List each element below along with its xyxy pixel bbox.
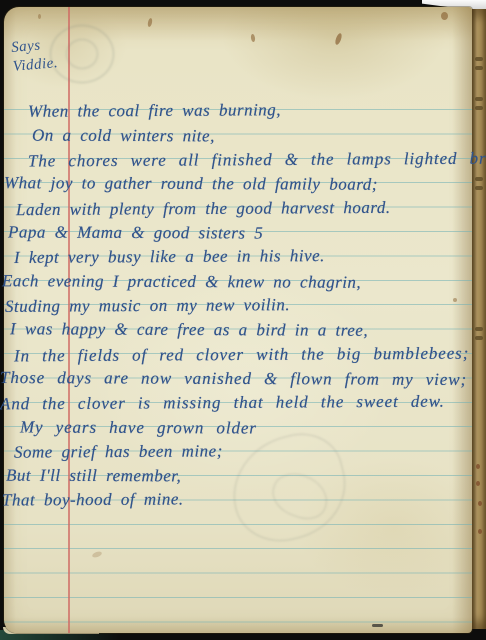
handwritten-line: I kept very busy like a bee in his hive. — [14, 246, 325, 268]
handwritten-line: Each evening I practiced & knew no chagr… — [2, 271, 361, 293]
handwritten-line: I was happy & care free as a bird in a t… — [10, 319, 368, 341]
stain-speck — [372, 624, 383, 627]
stain-speck — [38, 14, 41, 19]
handwritten-line: And the clover is missing that held the … — [0, 392, 445, 415]
handwritten-line: What joy to gather round the old family … — [4, 173, 378, 195]
handwritten-line: On a cold winters nite, — [32, 126, 215, 147]
scanned-notebook-photo: Says Viddie. When the coal fire was burn… — [0, 0, 486, 640]
handwritten-line: Studing my music on my new voilin. — [5, 295, 290, 317]
handwritten-line: When the coal fire was burning, — [28, 100, 281, 122]
handwritten-line: But I'll still remember, — [6, 466, 181, 487]
poem-text: When the coal fire was burning,On a cold… — [0, 0, 486, 640]
handwritten-line: My years have grown older — [20, 417, 257, 438]
handwritten-line: In the fields of red clover with the big… — [14, 344, 469, 367]
stain-speck — [441, 12, 448, 20]
handwritten-line: That boy-hood of mine. — [2, 489, 184, 510]
handwritten-line: The chores were all finished & the lamps… — [28, 148, 486, 171]
handwritten-line: Those days are now vanished & flown from… — [0, 368, 467, 390]
handwritten-line: Laden with plenty from the good harvest … — [16, 198, 391, 220]
handwritten-line: Papa & Mama & good sisters 5 — [8, 222, 263, 243]
handwritten-line: Some grief has been mine; — [14, 441, 223, 462]
stain-speck — [453, 298, 457, 302]
